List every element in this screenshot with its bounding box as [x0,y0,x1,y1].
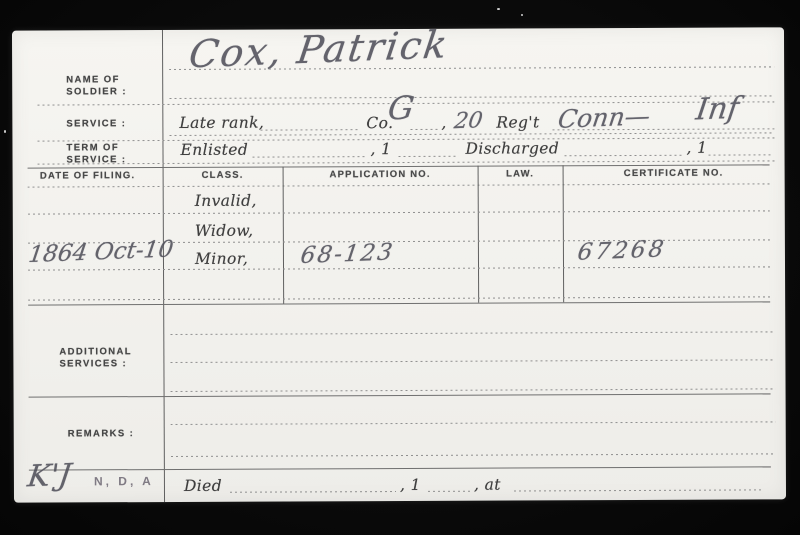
stamp-initials-handwriting: K'J [25,458,73,495]
section-rule [29,466,771,470]
regiment-printed-label: Reg't [496,113,539,131]
column-divider [563,165,565,302]
dotted-rule [28,266,770,270]
additional-services-label: ADDITIONAL SERVICES : [59,346,151,369]
enlisted-printed: Enlisted [180,141,248,159]
class-invalid: Invalid, [195,192,257,210]
dotted-rule [169,132,774,136]
minor-certificate-no: 67268 [576,236,668,265]
discharged-year-printed: , 1 [686,139,707,157]
dotted-fill [709,154,773,155]
label-column-divider [162,30,165,502]
dust-speck [521,14,523,16]
company-value: G [386,88,417,127]
class-minor: Minor, [195,250,248,268]
dotted-rule [28,210,770,214]
dotted-fill [410,129,440,130]
dotted-fill [565,155,683,157]
discharged-printed: Discharged [465,139,559,157]
comma-printed: , [441,114,446,132]
dotted-rule [37,137,774,141]
term-of-service-label: TERM OF SERVICE : [66,142,140,165]
header-application-no: APPLICATION NO. [283,169,478,181]
column-divider [478,166,480,303]
minor-date-of-filing: 1864 Oct-10 [27,236,175,268]
dotted-rule [171,388,776,392]
soldier-name-label: NAME OF SOLDIER : [66,74,140,97]
minor-application-no: 68-123 [299,239,396,269]
dotted-fill [399,156,459,157]
unit-state-value: Conn— [556,101,652,134]
dotted-fill [514,489,764,491]
dotted-rule [169,95,774,99]
regiment-number-value: 20 [453,108,485,134]
dust-speck [497,8,500,10]
column-divider [283,167,285,304]
stamp-letters: N, D, A [94,474,154,488]
dotted-rule [171,421,776,425]
dotted-fill [253,156,367,157]
header-date-of-filing: DATE OF FILING. [13,170,163,182]
dotted-rule [171,453,776,457]
died-printed: Died [184,477,222,495]
header-certificate-no: CERTIFICATE NO. [563,167,785,179]
dotted-fill [230,491,396,493]
service-label: SERVICE : [66,118,126,130]
dotted-rule [170,331,775,335]
dust-speck [4,130,6,133]
scanned-record-page: { "colors": { "background": "#0b0b0b", "… [0,0,800,535]
enlisted-year-printed: , 1 [370,140,391,158]
dotted-rule [28,183,770,187]
died-year-printed: , 1 [400,476,421,494]
table-bottom-rule [28,301,770,305]
dotted-fill [260,129,360,130]
at-printed: , at [474,476,501,494]
unit-branch-value: Inf [694,91,741,128]
remarks-label: REMARKS : [68,428,134,440]
dotted-rule [170,359,775,363]
pension-index-card: Cox, Patrick NAME OF SOLDIER : SERVICE :… [12,27,786,502]
header-law: LAW. [478,168,563,179]
dotted-fill [428,491,470,492]
section-rule [29,393,771,397]
late-rank-printed: Late rank, [179,114,264,132]
header-class: CLASS. [163,170,283,182]
class-widow: Widow, [195,222,254,240]
dotted-rule [28,296,770,300]
